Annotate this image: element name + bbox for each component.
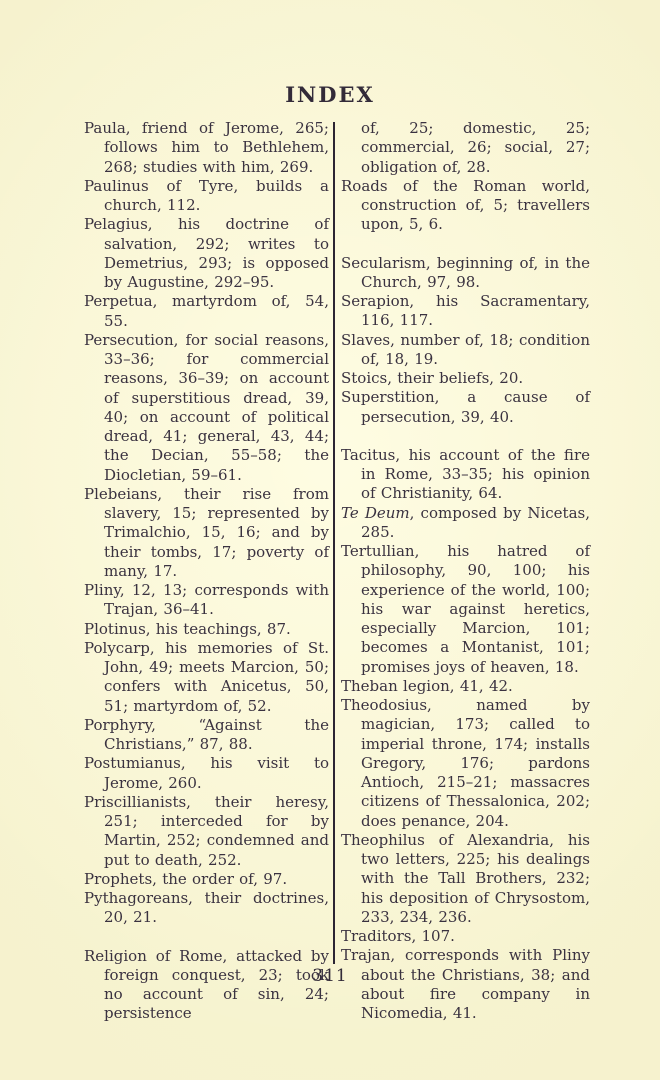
index-entry: Prophets, the order of, 97. xyxy=(84,870,329,889)
index-entry: Paulinus of Tyre, builds a church, 112. xyxy=(84,177,329,216)
index-column-left: Paula, friend of Jerome, 265; follows hi… xyxy=(84,119,329,1024)
index-entry: Slaves, number of, 18; condition of, 18,… xyxy=(341,331,590,370)
page-number: 311 xyxy=(0,966,660,986)
index-entry: Stoics, their beliefs, 20. xyxy=(341,369,590,388)
index-entry: Traditors, 107. xyxy=(341,927,590,946)
index-entry: Pliny, 12, 13; corresponds with Trajan, … xyxy=(84,581,329,620)
index-entry: Tacitus, his account of the fire in Rome… xyxy=(341,446,590,504)
page-title: INDEX xyxy=(0,82,660,107)
index-entry: Paula, friend of Jerome, 265; follows hi… xyxy=(84,119,329,177)
index-entry: Secularism, beginning of, in the Church,… xyxy=(341,254,590,293)
index-entry: Plebeians, their rise from slavery, 15; … xyxy=(84,485,329,581)
index-entry: Persecution, for social reasons, 33–36; … xyxy=(84,331,329,485)
index-entry: Pythagoreans, their doctrines, 20, 21. xyxy=(84,889,329,928)
index-entry: Porphyry, “Against the Christians,” 87, … xyxy=(84,716,329,755)
index-column-right: of, 25; domestic, 25; commercial, 26; so… xyxy=(341,119,590,1023)
book-page: INDEX Paula, friend of Jerome, 265; foll… xyxy=(0,0,660,1080)
index-entry: Pelagius, his doctrine of salvation, 292… xyxy=(84,215,329,292)
index-entry: Priscillianists, their heresy, 251; inte… xyxy=(84,793,329,870)
index-entry: Postumianus, his visit to Jerome, 260. xyxy=(84,754,329,793)
index-entry: Plotinus, his teachings, 87. xyxy=(84,620,329,639)
index-columns: Paula, friend of Jerome, 265; follows hi… xyxy=(84,119,592,1024)
index-entry: Theban legion, 41, 42. xyxy=(341,677,590,696)
index-entry: Theophilus of Alexandria, his two letter… xyxy=(341,831,590,927)
index-entry: Serapion, his Sacramentary, 116, 117. xyxy=(341,292,590,331)
index-entry: Te Deum, composed by Nicetas, 285. xyxy=(341,504,590,543)
index-entry: Perpetua, martyrdom of, 54, 55. xyxy=(84,292,329,331)
index-entry: Tertullian, his hatred of philosophy, 90… xyxy=(341,542,590,677)
index-entry: Roads of the Roman world, construction o… xyxy=(341,177,590,235)
index-entry: Theodosius, named by magician, 173; call… xyxy=(341,696,590,831)
column-divider-rule xyxy=(333,122,335,964)
index-entry: Polycarp, his memories of St. John, 49; … xyxy=(84,639,329,716)
index-entry-italic-term: Te Deum xyxy=(341,504,410,522)
index-entry: of, 25; domestic, 25; commercial, 26; so… xyxy=(341,119,590,177)
index-entry: Superstition, a cause of persecution, 39… xyxy=(341,388,590,427)
